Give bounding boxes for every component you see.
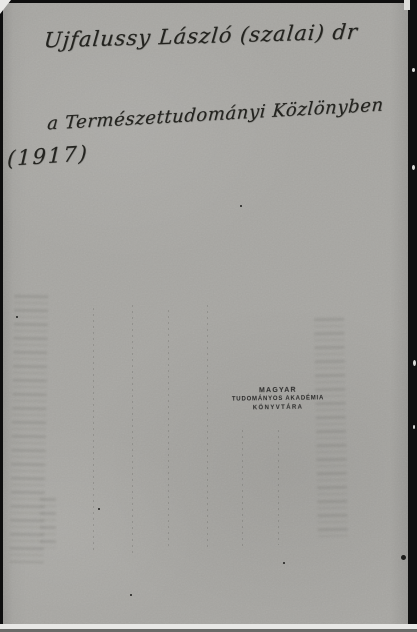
scan-border-right	[408, 0, 417, 632]
library-stamp: MAGYAR TUDOMÁNYOS AKADÉMIA KÖNYVTÁRA	[230, 385, 326, 413]
dirt-speck	[130, 594, 132, 596]
paper-grain-texture	[3, 3, 408, 625]
edge-tear-speck	[413, 425, 415, 429]
ink-dot-right-edge	[401, 555, 406, 560]
edge-tear-speck	[412, 165, 415, 170]
dirt-speck	[240, 205, 242, 207]
scan-white-sliver-top-right	[404, 0, 410, 10]
edge-tear-speck	[413, 360, 416, 366]
dirt-speck	[283, 562, 285, 564]
dirt-speck	[350, 30, 352, 32]
dirt-speck	[16, 316, 18, 318]
dirt-speck	[98, 508, 100, 510]
scan-white-wedge-top-left	[0, 0, 11, 14]
stamp-line-konyvtara: KÖNYVTÁRA	[230, 403, 326, 413]
scanned-document-page: Ujfalussy László (szalai) dr a Természet…	[0, 0, 417, 632]
edge-tear-speck	[412, 68, 415, 72]
paper-sheet	[3, 3, 408, 625]
